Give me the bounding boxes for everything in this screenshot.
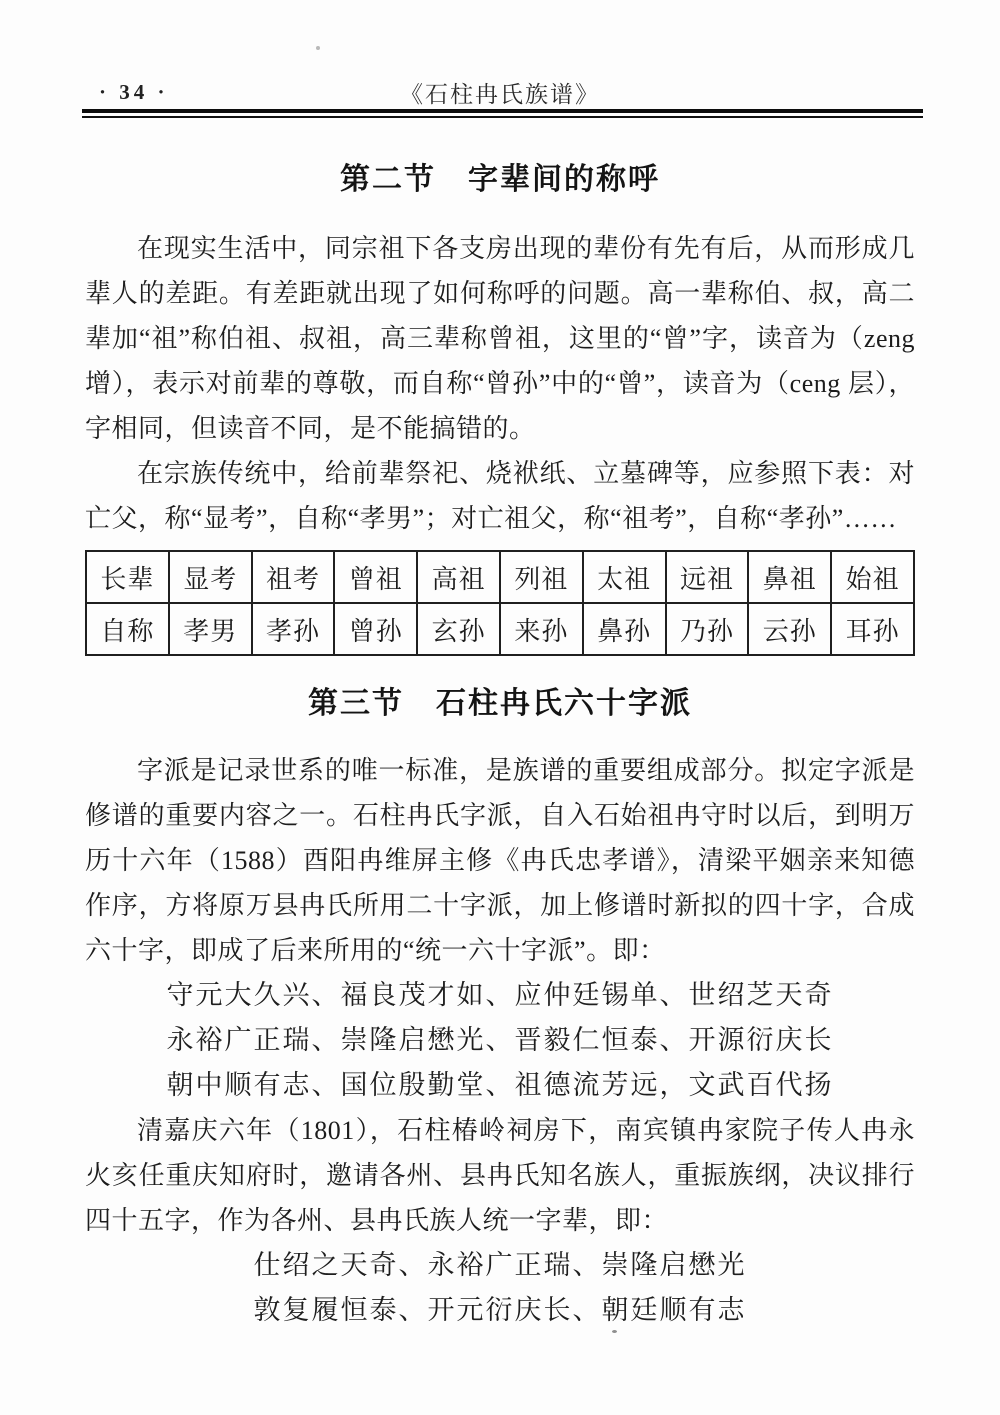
- table-cell: 显考: [169, 551, 252, 603]
- table-cell: 耳孙: [831, 603, 914, 655]
- table-cell: 乃孙: [666, 603, 749, 655]
- verse-line: 永裕广正瑞、崇隆启懋光、晋毅仁恒泰、开源衍庆长: [85, 1018, 915, 1063]
- table-cell: 始祖: [831, 551, 914, 603]
- verse-line: 仕绍之天奇、永裕广正瑞、崇隆启懋光: [85, 1243, 915, 1288]
- table-cell: 曾祖: [334, 551, 417, 603]
- table-cell: 来孙: [500, 603, 583, 655]
- verse-line: 守元大久兴、福良茂才如、应仲廷锡单、世绍芝天奇: [85, 973, 915, 1018]
- table-cell: 孝男: [169, 603, 252, 655]
- table-cell: 自称: [86, 603, 169, 655]
- section3-paragraph-2: 清嘉庆六年（1801），石柱椿岭祠房下，南宾镇冉家院子传人冉永火亥任重庆知府时，…: [85, 1108, 915, 1243]
- section2-title: 第二节 字辈间的称呼: [85, 162, 915, 198]
- page-number: · 34 ·: [99, 80, 169, 105]
- verse-line: 敦复履恒泰、开元衍庆长、朝廷顺有志: [85, 1288, 915, 1333]
- table-cell: 列祖: [500, 551, 583, 603]
- sixty-char-generation-verse: 守元大久兴、福良茂才如、应仲廷锡单、世绍芝天奇 永裕广正瑞、崇隆启懋光、晋毅仁恒…: [85, 973, 915, 1108]
- table-cell: 高祖: [417, 551, 500, 603]
- table-cell: 云孙: [748, 603, 831, 655]
- running-head: 《石柱冉氏族谱》 · 34 ·: [85, 76, 915, 108]
- table-cell: 远祖: [666, 551, 749, 603]
- page-content: 第二节 字辈间的称呼 在现实生活中，同宗祖下各支房出现的辈份有先有后，从而形成几…: [85, 118, 915, 1333]
- table-cell: 孝孙: [252, 603, 335, 655]
- header-rule: [82, 109, 923, 118]
- table-cell: 鼻祖: [748, 551, 831, 603]
- section2-paragraph-2: 在宗族传统中，给前辈祭祀、烧袱纸、立墓碑等，应参照下表：对亡父，称“显考”，自称…: [85, 451, 915, 541]
- kinship-table: 长辈 显考 祖考 曾祖 高祖 列祖 太祖 远祖 鼻祖 始祖 自称 孝男 孝孙 曾…: [85, 550, 915, 656]
- table-cell: 祖考: [252, 551, 335, 603]
- scan-speck: [316, 46, 320, 50]
- table-row-self: 自称 孝男 孝孙 曾孙 玄孙 来孙 鼻孙 乃孙 云孙 耳孙: [86, 603, 914, 655]
- section2-paragraph-1: 在现实生活中，同宗祖下各支房出现的辈份有先有后，从而形成几辈人的差距。有差距就出…: [85, 226, 915, 451]
- table-cell: 鼻孙: [583, 603, 666, 655]
- verse-line: 朝中顺有志、国位殷勤堂、祖德流芳远，文武百代扬: [85, 1063, 915, 1108]
- table-cell: 曾孙: [334, 603, 417, 655]
- fortyfive-char-generation-verse: 仕绍之天奇、永裕广正瑞、崇隆启懋光 敦复履恒泰、开元衍庆长、朝廷顺有志: [85, 1243, 915, 1333]
- table-row-elders: 长辈 显考 祖考 曾祖 高祖 列祖 太祖 远祖 鼻祖 始祖: [86, 551, 914, 603]
- section3-paragraph-1: 字派是记录世系的唯一标准，是族谱的重要组成部分。拟定字派是修谱的重要内容之一。石…: [85, 748, 915, 973]
- table-cell: 长辈: [86, 551, 169, 603]
- table-cell: 太祖: [583, 551, 666, 603]
- table-cell: 玄孙: [417, 603, 500, 655]
- section3-title: 第三节 石柱冉氏六十字派: [85, 686, 915, 722]
- book-page: 《石柱冉氏族谱》 · 34 · 第二节 字辈间的称呼 在现实生活中，同宗祖下各支…: [0, 0, 1000, 1415]
- book-title: 《石柱冉氏族谱》: [85, 76, 915, 109]
